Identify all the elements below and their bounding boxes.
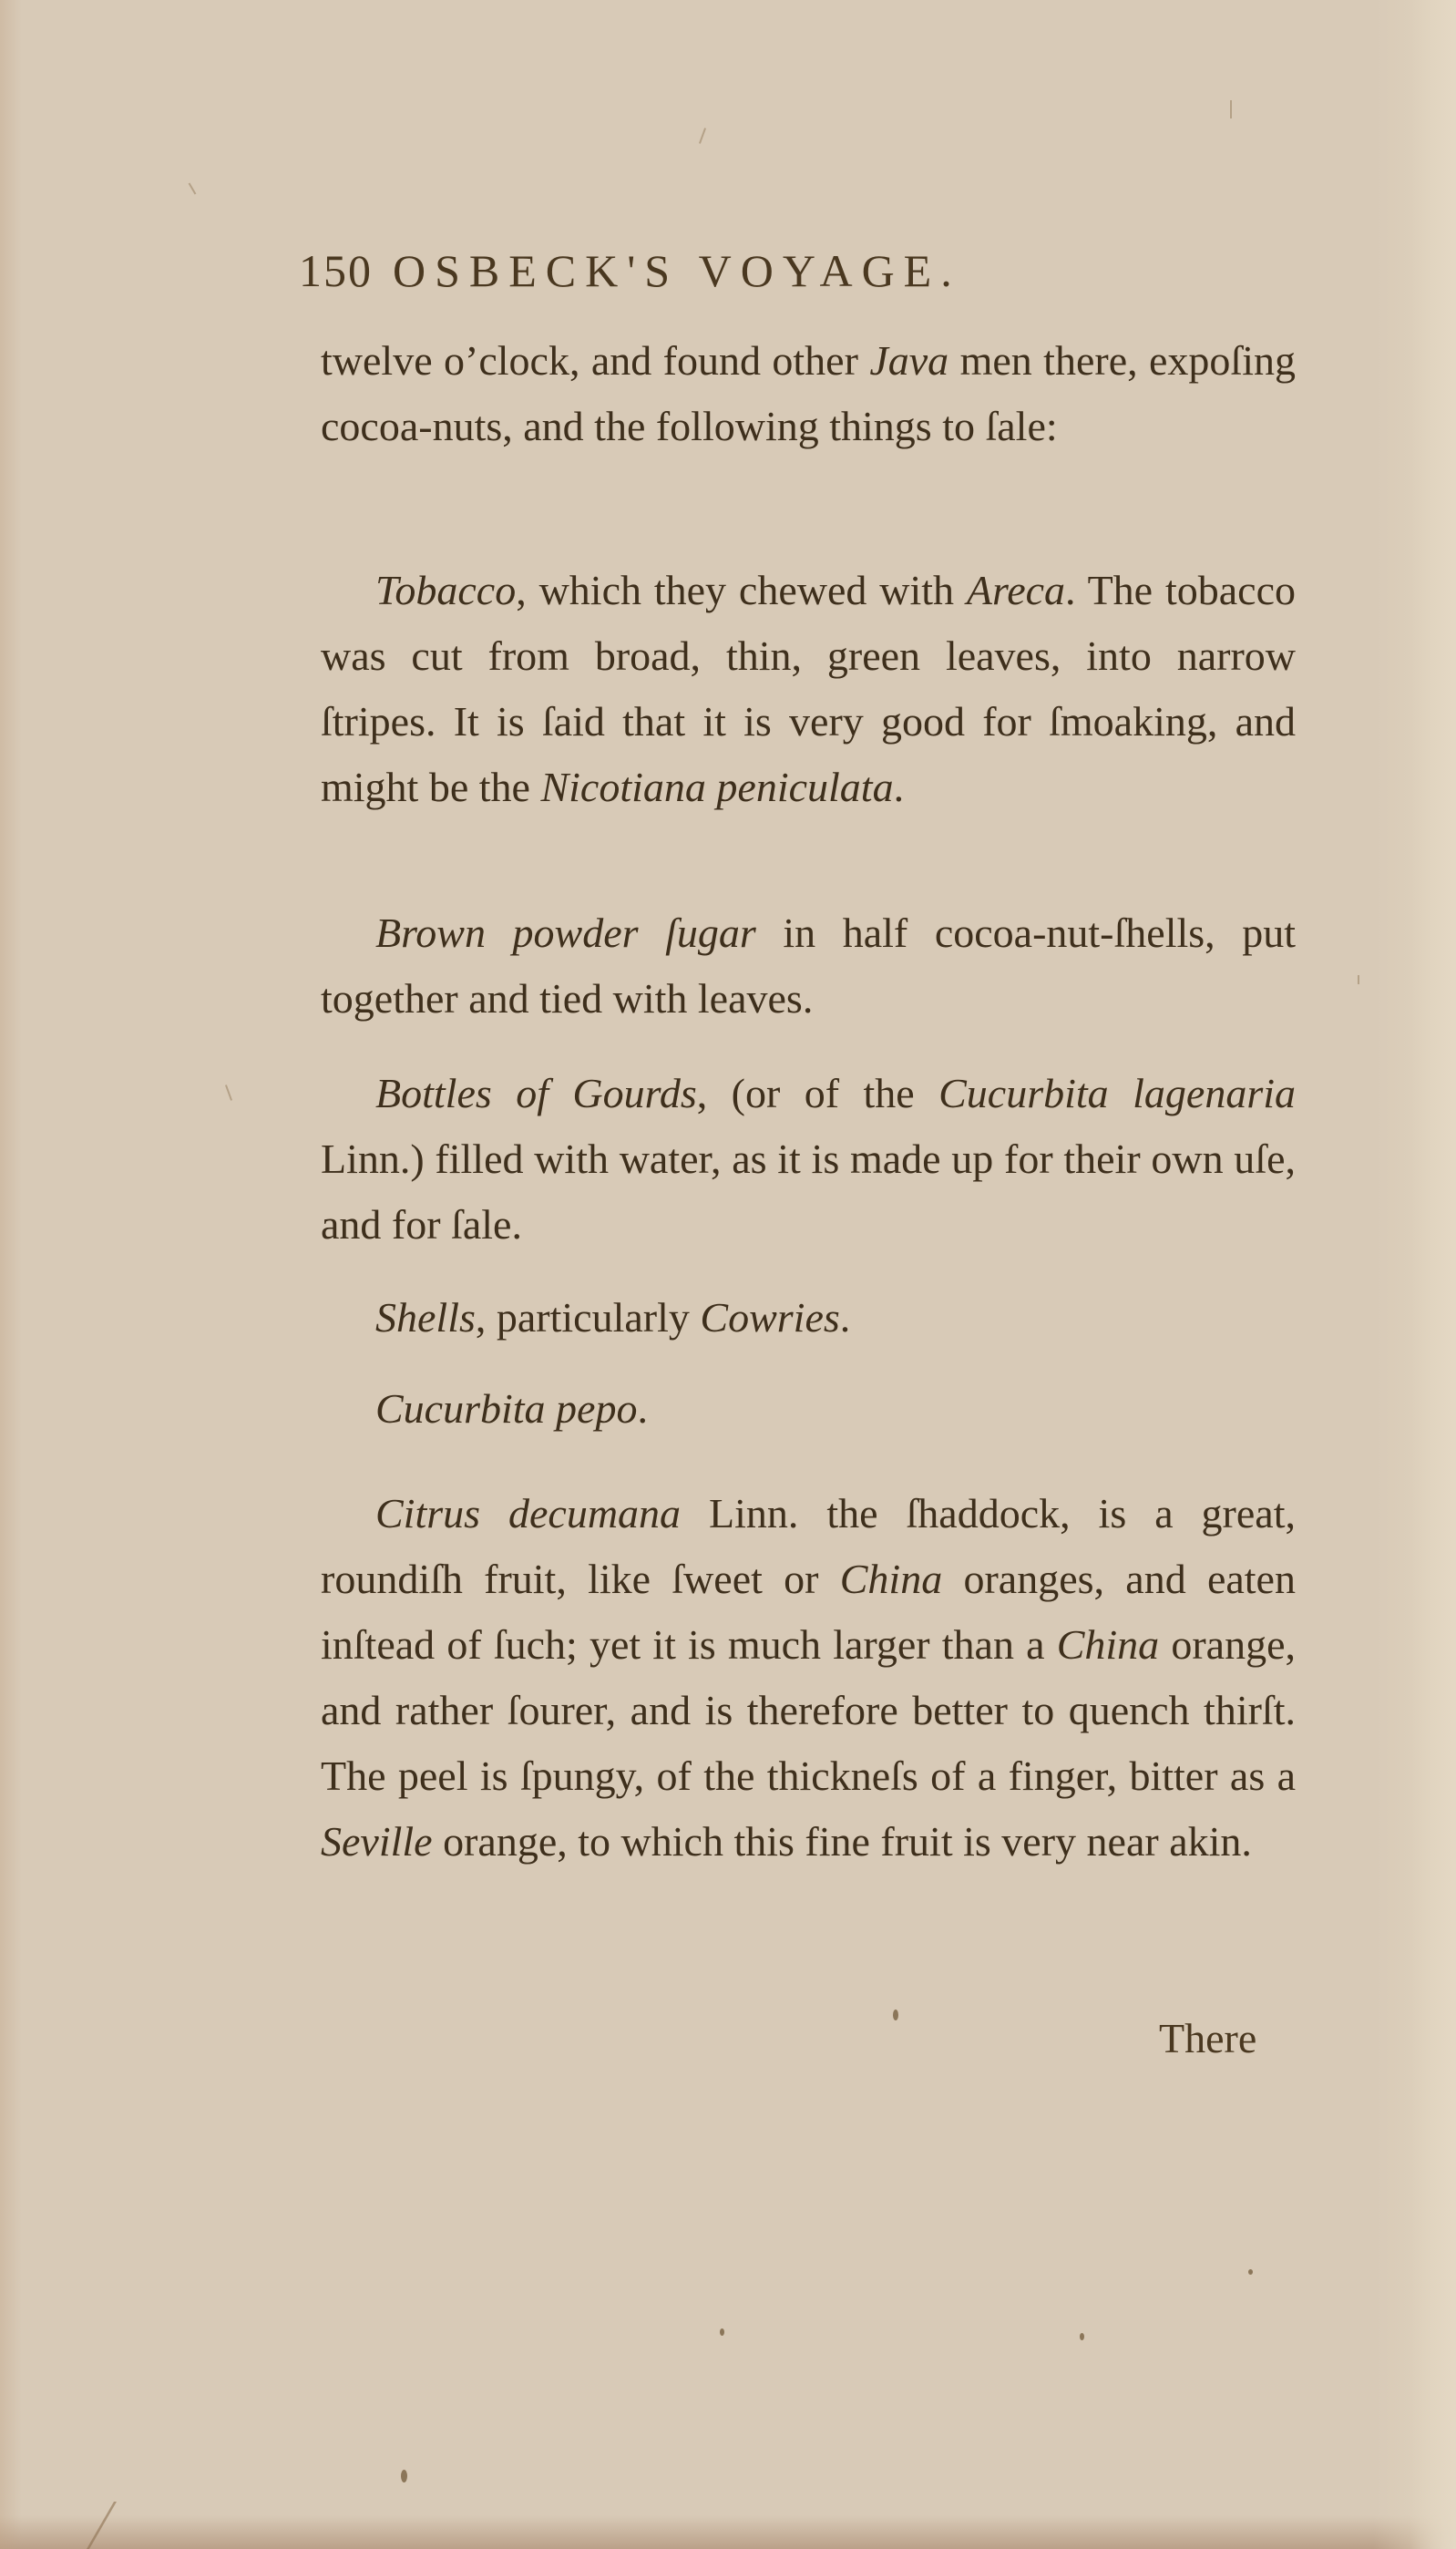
italic-run: China bbox=[840, 1556, 942, 1602]
paragraph-7: Citrus decumana Linn. the ſhaddock, is a… bbox=[321, 1481, 1296, 1875]
paragraph-text: Cucurbita pepo. bbox=[321, 1376, 1296, 1442]
paragraph-1: twelve o’clock, and found other Java men… bbox=[321, 328, 1296, 459]
paper-speck bbox=[720, 2328, 724, 2336]
italic-run: Shells bbox=[375, 1294, 476, 1341]
text-run: . bbox=[894, 764, 905, 810]
text-run: twelve o’clock, and found other bbox=[321, 337, 869, 384]
italic-run: Brown powder ſugar bbox=[375, 910, 756, 956]
paragraph-text: twelve o’clock, and found other Java men… bbox=[321, 328, 1296, 459]
running-header: 150OSBECK'S VOYAGE. bbox=[299, 244, 961, 297]
paragraph-text: Tobacco, which they chewed with Areca. T… bbox=[321, 558, 1296, 820]
page-number: 150 bbox=[299, 245, 373, 296]
page-edge-shadow bbox=[1410, 0, 1456, 2549]
catchword: There bbox=[1159, 2014, 1256, 2062]
paper-fiber bbox=[225, 1084, 232, 1101]
italic-run: Citrus decumana bbox=[375, 1490, 681, 1537]
text-run: , which they chewed with bbox=[516, 567, 967, 613]
running-title: OSBECK'S VOYAGE. bbox=[393, 245, 961, 296]
italic-run: Bottles of Gourds bbox=[375, 1070, 697, 1116]
paragraph-text: Citrus decumana Linn. the ſhaddock, is a… bbox=[321, 1481, 1296, 1875]
paper-speck bbox=[1080, 2333, 1084, 2340]
text-run: Linn.) filled with water, as it is made … bbox=[321, 1136, 1296, 1248]
italic-run: Areca bbox=[967, 567, 1065, 613]
paragraph-2: Tobacco, which they chewed with Areca. T… bbox=[321, 558, 1296, 820]
paragraph-text: Bottles of Gourds, (or of the Cucurbita … bbox=[321, 1061, 1296, 1258]
paper-speck bbox=[401, 2470, 407, 2482]
paper-stain bbox=[87, 2502, 153, 2549]
italic-run: Tobacco bbox=[375, 567, 516, 613]
text-run: orange, to which this fine fruit is very… bbox=[433, 1818, 1252, 1865]
italic-run: Seville bbox=[321, 1818, 433, 1865]
italic-run: Cucurbita pepo bbox=[375, 1385, 637, 1432]
paper-fiber bbox=[1358, 975, 1359, 984]
paragraph-text: Shells, particularly Cowries. bbox=[321, 1285, 1296, 1351]
italic-run: Cowries bbox=[700, 1294, 839, 1341]
paragraph-5: Shells, particularly Cowries. bbox=[321, 1285, 1296, 1351]
italic-run: Nicotiana peniculata bbox=[540, 764, 893, 810]
paper-fiber bbox=[189, 182, 197, 194]
paper-speck bbox=[893, 2009, 898, 2020]
paper-fiber bbox=[699, 128, 706, 144]
paragraph-4: Bottles of Gourds, (or of the Cucurbita … bbox=[321, 1061, 1296, 1258]
text-run: . bbox=[840, 1294, 851, 1341]
paragraph-3: Brown powder ſugar in half cocoa-nut-ſhe… bbox=[321, 900, 1296, 1032]
italic-run: Java bbox=[869, 337, 948, 384]
paper-fiber bbox=[1230, 100, 1232, 118]
italic-run: China bbox=[1057, 1621, 1159, 1668]
paragraph-text: Brown powder ſugar in half cocoa-nut-ſhe… bbox=[321, 900, 1296, 1032]
text-run: , (or of the bbox=[697, 1070, 938, 1116]
text-run: . bbox=[637, 1385, 648, 1432]
paper-speck bbox=[1248, 2269, 1253, 2275]
paragraph-6: Cucurbita pepo. bbox=[321, 1376, 1296, 1442]
italic-run: Cucurbita lagenaria bbox=[938, 1070, 1296, 1116]
book-page: 150OSBECK'S VOYAGE. twelve o’clock, and … bbox=[0, 0, 1456, 2549]
text-run: , particularly bbox=[476, 1294, 701, 1341]
